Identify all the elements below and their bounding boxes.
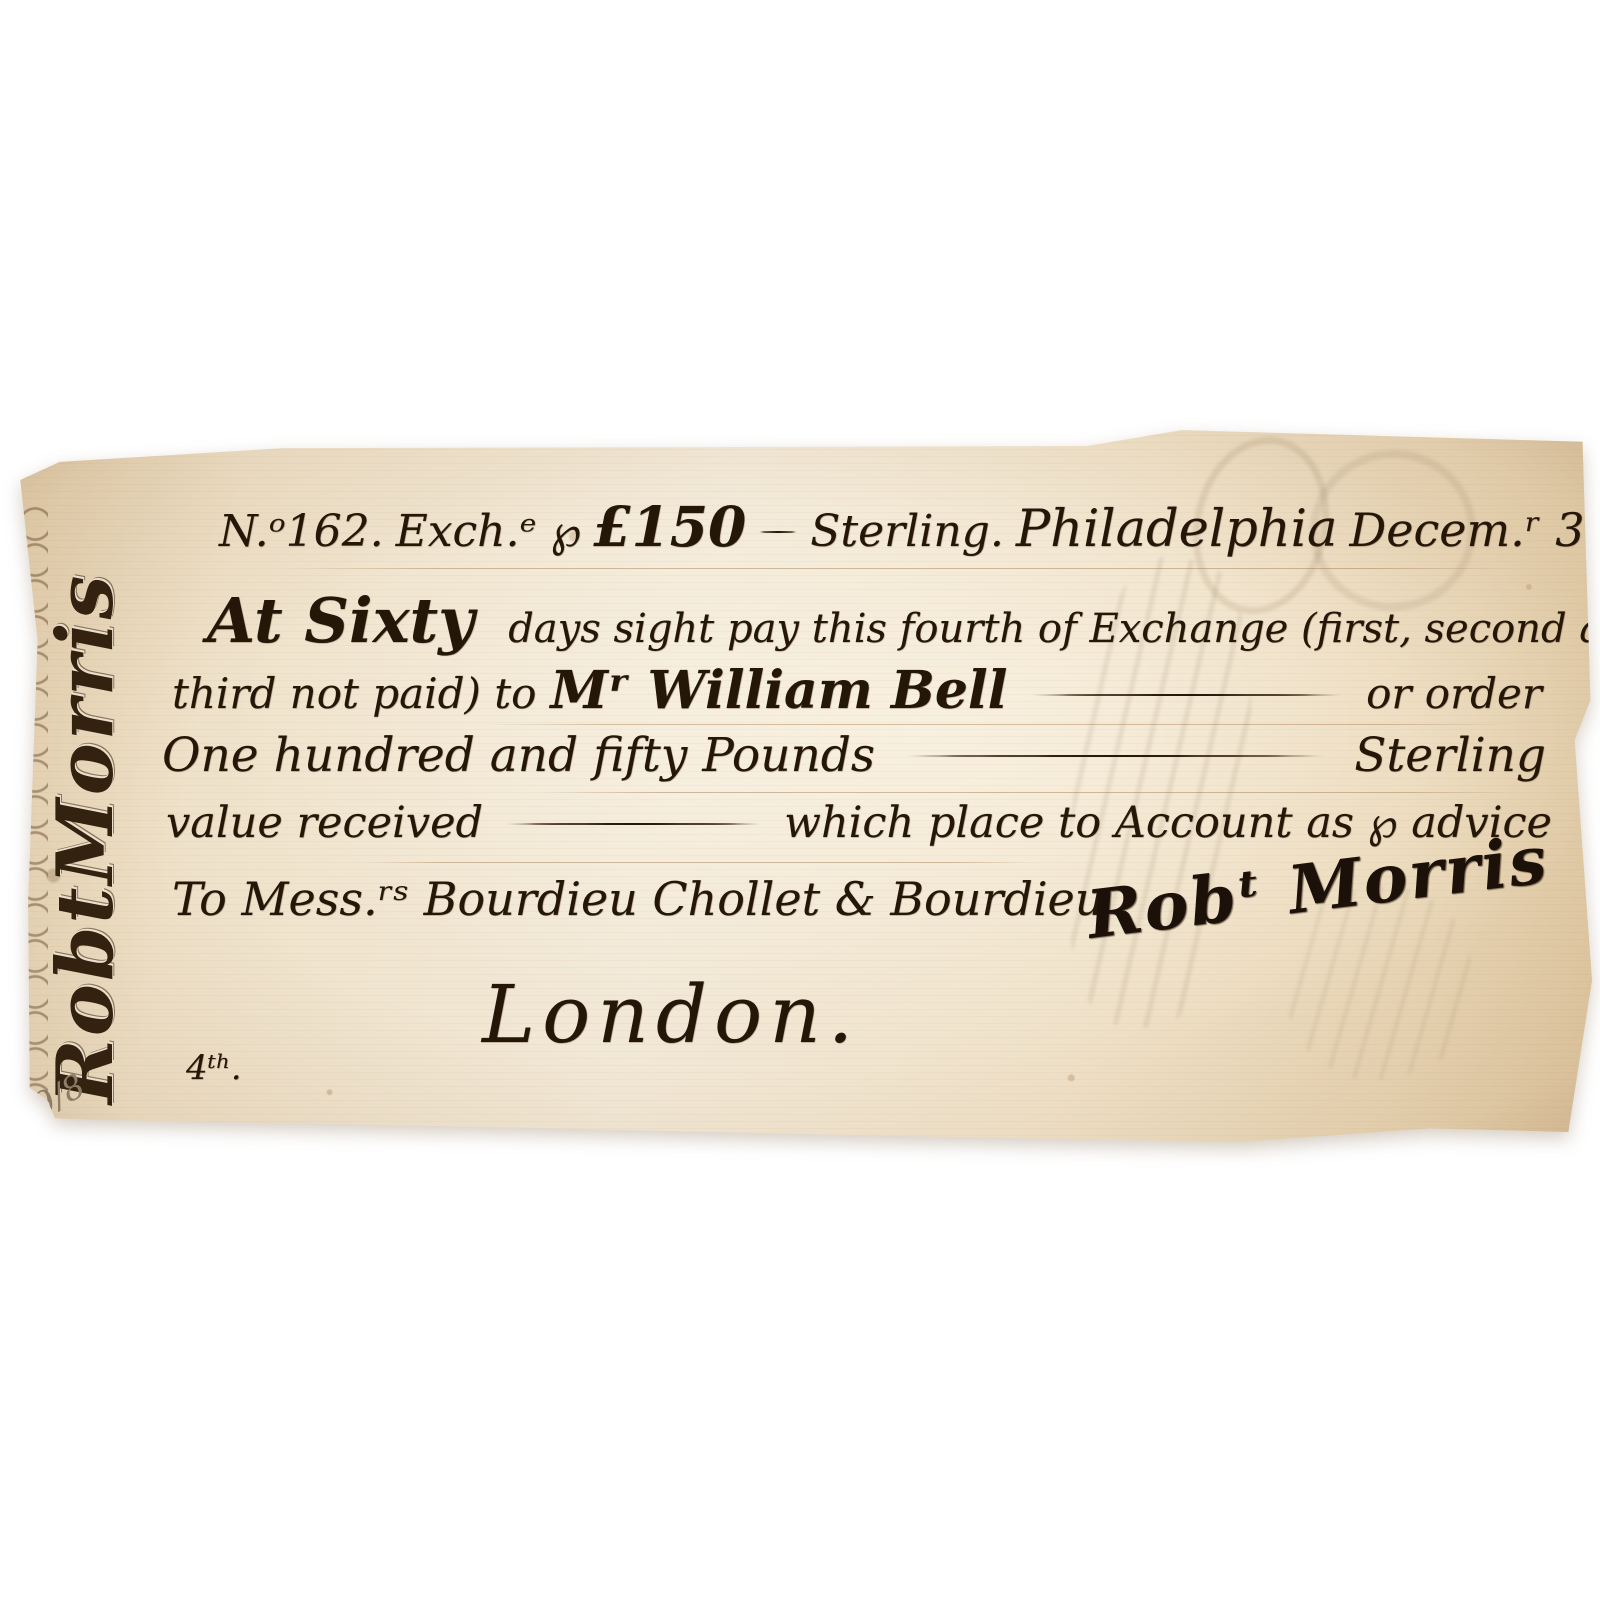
amount-figures: £150	[593, 494, 746, 559]
exchange-for-label: Exch.ᵉ ℘	[396, 506, 582, 557]
scan-background: RobtMorris N.ᵒ162. Exch.ᵉ ℘ £150 Sterlin…	[0, 0, 1600, 1600]
place-name: Philadelphia	[1016, 500, 1338, 559]
guide-rule	[534, 792, 1517, 793]
bill-number: N.ᵒ162.	[219, 506, 384, 557]
value-received-line: value received which place to Account as…	[166, 798, 1552, 848]
flourish-dash	[889, 729, 1340, 771]
drawee-city: London.	[482, 968, 860, 1061]
sterling-word: Sterling	[1354, 728, 1546, 783]
flourish-dash	[1021, 670, 1352, 708]
drawee-line: To Mess.ʳˢ Bourdieu Chollet & Bourdieu	[172, 872, 1104, 926]
amount-words-line: One hundred and fifty Pounds Sterling	[162, 728, 1546, 783]
guide-rule	[364, 862, 1032, 863]
flourish-dash	[497, 798, 770, 837]
payee-line: third not paid) to Mʳ William Bell or or…	[172, 660, 1542, 721]
date-written: Decem.ʳ 3.ᵈ 1792	[1349, 503, 1600, 557]
paper-shadow-wrap: RobtMorris N.ᵒ162. Exch.ᵉ ℘ £150 Sterlin…	[0, 0, 1600, 1600]
copy-number: 4ᵗʰ.	[186, 1048, 242, 1088]
amount-in-words: One hundred and fifty Pounds	[162, 728, 875, 783]
sterling-label: Sterling.	[810, 506, 1004, 557]
payee-name: Mʳ William Bell	[550, 660, 1007, 721]
counterfoil-signature-ornament: RobtMorris	[40, 496, 158, 1104]
guide-rule	[284, 568, 1522, 569]
not-paid-clause: third not paid) to	[172, 669, 536, 718]
or-order-label: or order	[1366, 669, 1542, 718]
bill-header-line: N.ᵒ162. Exch.ᵉ ℘ £150 Sterling. Philadel…	[219, 494, 1546, 559]
sight-clause: days sight pay this fourth of Exchange (…	[508, 606, 1600, 652]
flourish-dash	[758, 506, 798, 546]
tenor-line: At Sixty days sight pay this fourth of E…	[207, 584, 1600, 657]
bill-of-exchange-document: RobtMorris N.ᵒ162. Exch.ᵉ ℘ £150 Sterlin…	[14, 428, 1592, 1150]
value-received-label: value received	[166, 798, 483, 848]
drawee-name: To Mess.ʳˢ Bourdieu Chollet & Bourdieu	[172, 872, 1104, 926]
guide-rule	[484, 724, 1512, 725]
tenor-days: At Sixty	[207, 584, 474, 657]
